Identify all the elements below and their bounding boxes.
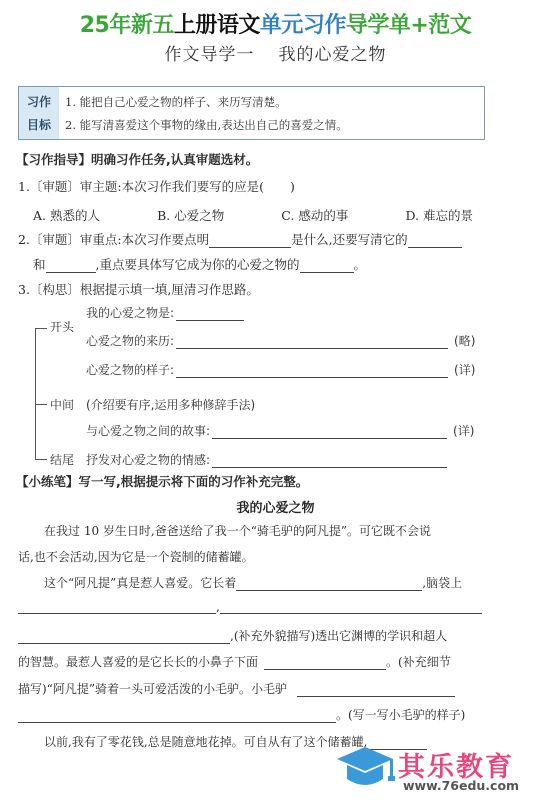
- goal-item: 1. 能把自己心爱之物的样子、来历写清楚。: [65, 94, 478, 110]
- answer-blank-feeling[interactable]: [212, 454, 447, 468]
- banner-part-1: 25年新五: [80, 13, 174, 38]
- subtitle-series: 作文导学一: [165, 45, 255, 65]
- guidance-heading-text: 明确习作任务,认真审题选材。: [91, 152, 258, 167]
- watermark-logo: 其乐教育 www.76edu.com: [335, 745, 545, 797]
- essay-p1-line1: 在我过 10 岁生日时,爸爸送给了我一个“骑毛驴的阿凡提”。可它既不会说: [44, 522, 431, 539]
- outline-note: (详): [454, 361, 475, 378]
- goal-item: 2. 能写清喜爱这个事物的缘由,表达出自己的喜爱之情。: [65, 117, 478, 133]
- answer-blank-donkey-1[interactable]: [297, 683, 455, 697]
- essay-text: 。(补充细节: [386, 655, 451, 669]
- essay-text: ,(补充外貌描写)透出它渊博的学识和超人: [230, 629, 447, 643]
- outline-note: (详): [453, 422, 474, 439]
- answer-blank-q2-3[interactable]: [46, 259, 96, 273]
- essay-p1-line2: 话,也不会活动,因为它是一个瓷制的储蓄罐。: [18, 548, 254, 565]
- answer-blank-appearance[interactable]: [176, 364, 448, 378]
- essay-title: 我的心爱之物: [0, 497, 551, 516]
- outline-row-label: 抒发对心爱之物的情感:: [86, 451, 210, 468]
- answer-blank-appearance-3[interactable]: [220, 600, 482, 614]
- watermark-url: www.76edu.com: [403, 778, 519, 793]
- outline-row-label: 心爱之物的来历:: [86, 332, 174, 349]
- outline-row-middle-hint: (介绍要有序,运用多种修辞手法): [86, 396, 255, 413]
- outline-tick: [35, 459, 47, 460]
- answer-blank-q2-2[interactable]: [408, 234, 462, 248]
- practice-heading-tag: 【小练笔】: [16, 474, 79, 489]
- option-d[interactable]: D. 难忘的景: [405, 206, 473, 224]
- answer-blank-appearance-1[interactable]: [236, 577, 422, 591]
- banner-part-4: 导学单+范文: [346, 13, 471, 38]
- option-c[interactable]: C. 感动的事: [281, 206, 348, 224]
- question-2-text-5: 。: [354, 257, 367, 272]
- outline-row-label: 心爱之物的样子:: [86, 361, 174, 378]
- outline-tick: [35, 404, 47, 405]
- answer-blank-origin[interactable]: [176, 335, 448, 349]
- outline-diagram: 开头 中间 结尾 我的心爱之物是: 心爱之物的来历: (略) 心爱之物的样子: …: [30, 300, 520, 460]
- outline-hint: (介绍要有序,运用多种修辞手法): [86, 396, 255, 413]
- question-2: 2.〔审题〕审重点:本次习作要点明是什么,还要写清它的: [18, 230, 462, 248]
- outline-row-item: 我的心爱之物是:: [86, 304, 244, 321]
- answer-blank-q2-4[interactable]: [300, 259, 354, 273]
- essay-p2-line3: ,(补充外貌描写)透出它渊博的学识和超人: [18, 627, 447, 644]
- banner-part-2: 上册语文: [174, 13, 260, 38]
- answer-blank-appearance-2[interactable]: [18, 600, 216, 614]
- essay-p2-line1: 这个“阿凡提”真是惹人喜爱。它长着,脑袋上: [44, 574, 462, 591]
- guidance-heading: 【习作指导】明确习作任务,认真审题选材。: [16, 150, 258, 168]
- question-1-options: A. 熟悉的人 B. 心爱之物 C. 感动的事 D. 难忘的景: [33, 206, 473, 224]
- subtitle-topic: 我的心爱之物: [279, 45, 387, 65]
- outline-tick: [35, 328, 47, 329]
- answer-blank-donkey-2[interactable]: [18, 709, 336, 723]
- section-middle: 中间: [50, 396, 74, 413]
- guidance-heading-tag: 【习作指导】: [16, 152, 91, 167]
- question-2-text-3: 和: [33, 257, 46, 272]
- essay-p2-line4: 的智慧。最惹人喜爱的是它长长的小鼻子下面。(补充细节: [18, 653, 451, 670]
- question-1: 1.〔审题〕审主题:本次习作我们要写的应是(): [18, 177, 295, 195]
- section-opening: 开头: [50, 318, 74, 335]
- essay-p2-line2: ,: [18, 600, 482, 614]
- outline-row-origin: 心爱之物的来历: (略): [86, 332, 475, 349]
- question-3-text: 3.〔构思〕根据提示填一填,厘清习作思路。: [18, 282, 259, 297]
- section-ending: 结尾: [50, 451, 74, 468]
- essay-text: 这个“阿凡提”真是惹人喜爱。它长着: [44, 576, 236, 590]
- question-1-text: 1.〔审题〕审主题:本次习作我们要写的应是(: [18, 179, 264, 194]
- answer-blank-detail[interactable]: [264, 656, 386, 670]
- essay-text: 描写)“阿凡提”骑着一头可爱活泼的小毛驴。小毛驴: [18, 682, 287, 696]
- outline-row-appearance: 心爱之物的样子: (详): [86, 361, 475, 378]
- question-2-text-4: ,重点要具体写它成为你的心爱之物的: [96, 257, 300, 272]
- essay-p2-line6: 。(写一写小毛驴的样子): [18, 706, 465, 723]
- goals-label-top: 习作: [27, 93, 51, 110]
- question-2-cont: 和,重点要具体写它成为你的心爱之物的。: [33, 255, 366, 273]
- answer-blank-q1[interactable]: [264, 181, 290, 195]
- goals-list: 1. 能把自己心爱之物的样子、来历写清楚。 2. 能写清喜爱这个事物的缘由,表达…: [59, 87, 484, 139]
- banner-part-3: 单元习作: [260, 13, 346, 38]
- essay-p2-line5: 描写)“阿凡提”骑着一头可爱活泼的小毛驴。小毛驴: [18, 680, 455, 697]
- essay-text: 。(写一写小毛驴的样子): [336, 708, 465, 722]
- outline-note: (略): [454, 332, 475, 349]
- answer-blank-story[interactable]: [212, 425, 447, 439]
- question-2-text-1: 2.〔审题〕审重点:本次习作要点明: [18, 232, 209, 247]
- answer-blank-q2-1[interactable]: [209, 234, 291, 248]
- banner-title: 25年新五上册语文单元习作导学单+范文: [0, 8, 551, 39]
- essay-text: 的智慧。最惹人喜爱的是它长长的小鼻子下面: [18, 655, 258, 669]
- goals-label-bottom: 目标: [27, 116, 51, 133]
- page-subtitle: 作文导学一我的心爱之物: [0, 40, 551, 65]
- outline-row-label: 与心爱之物之间的故事:: [86, 422, 210, 439]
- question-2-text-2: 是什么,还要写清它的: [291, 232, 407, 247]
- practice-heading-text: 写一写,根据提示将下面的习作补充完整。: [79, 474, 309, 489]
- question-1-close: ): [290, 179, 295, 194]
- outline-row-label: 我的心爱之物是:: [86, 304, 174, 321]
- practice-heading: 【小练笔】写一写,根据提示将下面的习作补充完整。: [16, 472, 308, 490]
- goals-box: 习作 目标 1. 能把自己心爱之物的样子、来历写清楚。 2. 能写清喜爱这个事物…: [18, 86, 485, 140]
- goals-label: 习作 目标: [19, 87, 59, 139]
- outline-row-feeling: 抒发对心爱之物的情感:: [86, 451, 447, 468]
- outline-bracket-line: [35, 328, 36, 460]
- option-a[interactable]: A. 熟悉的人: [33, 206, 100, 224]
- essay-text: ,脑袋上: [422, 576, 462, 590]
- answer-blank-item[interactable]: [176, 307, 244, 321]
- question-3: 3.〔构思〕根据提示填一填,厘清习作思路。: [18, 280, 259, 298]
- essay-text: 以前,我有了零花钱,总是随意地花掉。可自从有了这个储蓄罐,: [44, 735, 367, 749]
- option-b[interactable]: B. 心爱之物: [157, 206, 224, 224]
- answer-blank-appearance-4[interactable]: [18, 630, 230, 644]
- graduation-cap-icon: [335, 745, 397, 797]
- outline-row-story: 与心爱之物之间的故事: (详): [86, 422, 474, 439]
